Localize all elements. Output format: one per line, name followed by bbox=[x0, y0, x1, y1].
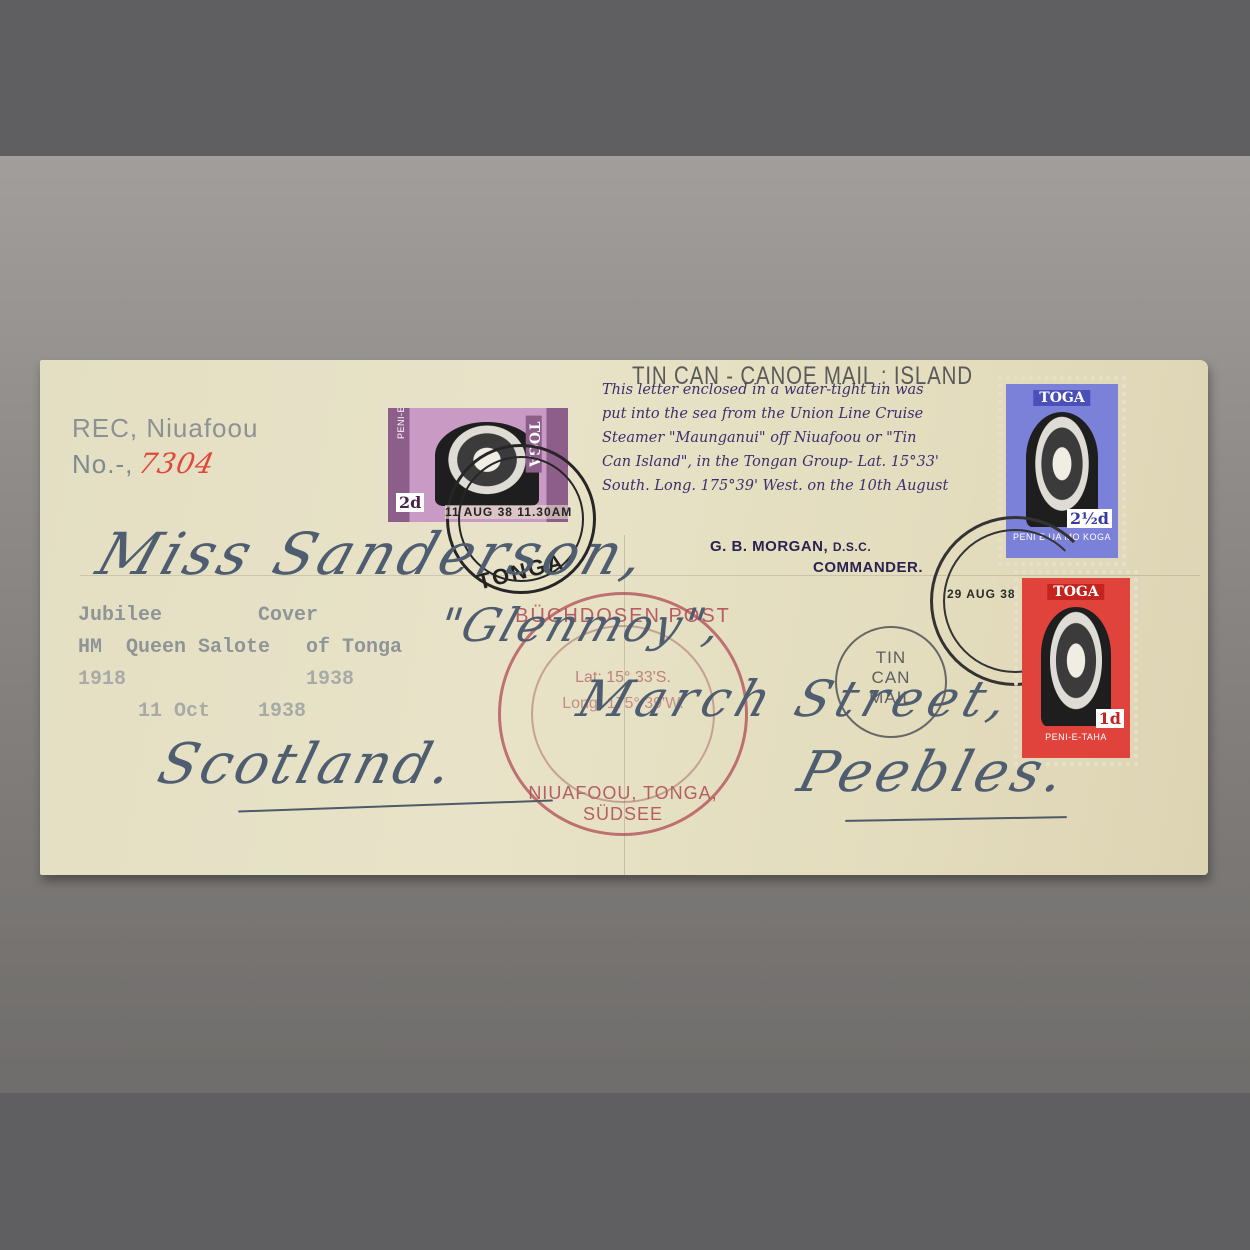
signatory-title: COMMANDER. bbox=[813, 559, 923, 576]
stamp-value: 1d bbox=[1096, 709, 1124, 728]
town-underline bbox=[845, 816, 1067, 822]
stamp-caption: PENI-E-UA bbox=[396, 408, 406, 454]
stamp-value: 2d bbox=[396, 493, 424, 512]
address-town: Peebles. bbox=[791, 740, 1075, 805]
signature-block: G. B. MORGAN, D.S.C. COMMANDER. bbox=[710, 538, 923, 576]
registration-office: REC, Niuafoou bbox=[72, 410, 258, 446]
registration-no-label: No.-, bbox=[72, 449, 133, 479]
stamp-country: TOGA bbox=[1033, 390, 1090, 406]
address-house: "Glenmoy", bbox=[431, 598, 731, 652]
address-street: March Street, bbox=[571, 670, 1022, 728]
registration-number: 7304 bbox=[136, 446, 219, 482]
postmark-date: 11 AUG 38 11.30AM bbox=[445, 505, 572, 519]
note-line: Steamer "Maunganui" off Niuafoou or "Tin bbox=[602, 426, 1002, 450]
note-line: put into the sea from the Union Line Cru… bbox=[602, 402, 1002, 426]
address-country: Scotland. bbox=[151, 732, 462, 797]
postmark-line: TIN bbox=[837, 648, 945, 668]
envelope: REC, Niuafoou No.-,7304 TOGA PENI-E-UA 2… bbox=[40, 360, 1208, 875]
printed-note: This letter enclosed in a water-tight ti… bbox=[602, 378, 1002, 498]
signatory-honours: D.S.C. bbox=[833, 540, 871, 554]
signatory-name: G. B. MORGAN, D.S.C. bbox=[710, 538, 923, 555]
note-line: South. Long. 175°39' West. on the 10th A… bbox=[602, 474, 1002, 498]
address-recipient: Miss Sanderson, bbox=[89, 520, 658, 588]
jubilee-line: 1918 1938 bbox=[78, 664, 402, 696]
queen-portrait-icon bbox=[1041, 607, 1110, 726]
note-line: This letter enclosed in a water-tight ti… bbox=[602, 378, 1002, 402]
note-line: Can Island", in the Tongan Group- Lat. 1… bbox=[602, 450, 1002, 474]
jubilee-line: 11 Oct 1938 bbox=[78, 696, 402, 728]
postmark-ring-bottom: NIUAFOOU, TONGA, SÜDSEE bbox=[501, 783, 745, 825]
postage-stamp-1d: TOGA 1d PENI-E-TAHA bbox=[1014, 570, 1138, 766]
postmark-date: 29 AUG 38 bbox=[947, 587, 1016, 601]
jubilee-cover-cachet: Jubilee Cover HM Queen Salote of Tonga 1… bbox=[78, 600, 402, 728]
jubilee-line: Jubilee Cover bbox=[78, 600, 402, 632]
registration-stamp: REC, Niuafoou No.-,7304 bbox=[72, 410, 258, 482]
stamp-country: TOGA bbox=[1047, 584, 1104, 600]
jubilee-line: HM Queen Salote of Tonga bbox=[78, 632, 402, 664]
stamp-value: 2½d bbox=[1067, 509, 1112, 528]
